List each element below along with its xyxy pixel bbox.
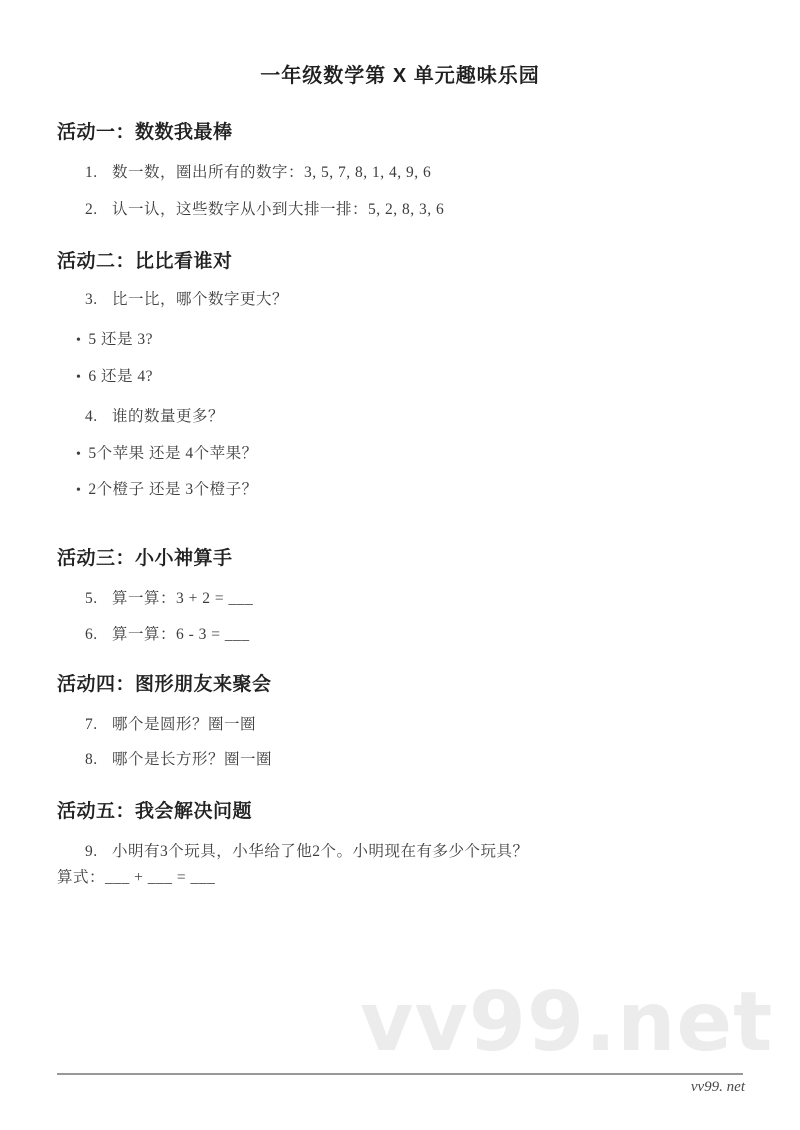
bullet-item: •5 还是 3? — [76, 329, 153, 352]
watermark-text: vv99.net — [360, 982, 773, 1064]
item-text: 谁的数量更多？ — [112, 408, 224, 425]
item-text: 认一认，这些数字从小到大排一排：5, 2, 8, 3, 6 — [112, 201, 444, 218]
item-text: 数一数，圈出所有的数字：3, 5, 7, 8, 1, 4, 9, 6 — [112, 164, 431, 181]
numbered-item-2: 2.认一认，这些数字从小到大排一排：5, 2, 8, 3, 6 — [85, 199, 444, 221]
formula-blank-line: 算式：___ + ___ = ___ — [57, 867, 215, 889]
item-text: 哪个是长方形？圈一圈 — [112, 751, 272, 768]
bullet-icon: • — [76, 444, 81, 466]
item-number: 1. — [85, 162, 103, 184]
item-number: 3. — [85, 289, 103, 311]
bullet-icon: • — [76, 330, 81, 352]
item-number: 6. — [85, 624, 103, 646]
bullet-icon: • — [76, 367, 81, 389]
numbered-item-6: 6.算一算：6 - 3 = ___ — [85, 624, 250, 646]
item-text: 小明有3个玩具，小华给了他2个。小明现在有多少个玩具？ — [112, 843, 529, 860]
worksheet-page: 一年级数学第 X 单元趣味乐园 活动一：数数我最棒 1.数一数，圈出所有的数字：… — [0, 0, 800, 1130]
numbered-item-7: 7.哪个是圆形？圈一圈 — [85, 714, 256, 736]
section-heading-activity-4: 活动四：图形朋友来聚会 — [57, 673, 272, 697]
section-heading-activity-3: 活动三：小小神算手 — [57, 547, 233, 571]
page-title: 一年级数学第 X 单元趣味乐园 — [0, 63, 800, 89]
item-text: 2个橙子 还是 3个橙子？ — [88, 481, 257, 498]
item-text: 算一算：6 - 3 = ___ — [112, 626, 250, 643]
item-text: 5个苹果 还是 4个苹果？ — [88, 445, 257, 462]
item-text: 算一算：3 + 2 = ___ — [112, 590, 253, 607]
item-text: 比一比，哪个数字更大？ — [112, 291, 288, 308]
item-number: 9. — [85, 841, 103, 863]
item-number: 7. — [85, 714, 103, 736]
numbered-item-4: 4.谁的数量更多？ — [85, 406, 224, 428]
bullet-item: •6 还是 4? — [76, 366, 153, 389]
bullet-icon: • — [76, 480, 81, 502]
item-text: 6 还是 4? — [88, 368, 153, 385]
item-number: 5. — [85, 588, 103, 610]
footer-site-label: vv99. net — [691, 1077, 745, 1097]
item-text: 5 还是 3? — [88, 331, 153, 348]
item-text: 哪个是圆形？圈一圈 — [112, 716, 256, 733]
item-number: 4. — [85, 406, 103, 428]
numbered-item-5: 5.算一算：3 + 2 = ___ — [85, 588, 253, 610]
numbered-item-8: 8.哪个是长方形？圈一圈 — [85, 749, 272, 771]
numbered-item-3: 3.比一比，哪个数字更大？ — [85, 289, 288, 311]
bullet-item: •2个橙子 还是 3个橙子？ — [76, 479, 258, 502]
item-number: 8. — [85, 749, 103, 771]
section-heading-activity-5: 活动五：我会解决问题 — [57, 800, 252, 824]
footer-divider — [57, 1073, 743, 1075]
section-heading-activity-1: 活动一：数数我最棒 — [57, 121, 233, 145]
item-number: 2. — [85, 199, 103, 221]
numbered-item-9: 9.小明有3个玩具，小华给了他2个。小明现在有多少个玩具？ — [85, 841, 529, 863]
section-heading-activity-2: 活动二：比比看谁对 — [57, 250, 233, 274]
bullet-item: •5个苹果 还是 4个苹果？ — [76, 443, 258, 466]
numbered-item-1: 1.数一数，圈出所有的数字：3, 5, 7, 8, 1, 4, 9, 6 — [85, 162, 431, 184]
